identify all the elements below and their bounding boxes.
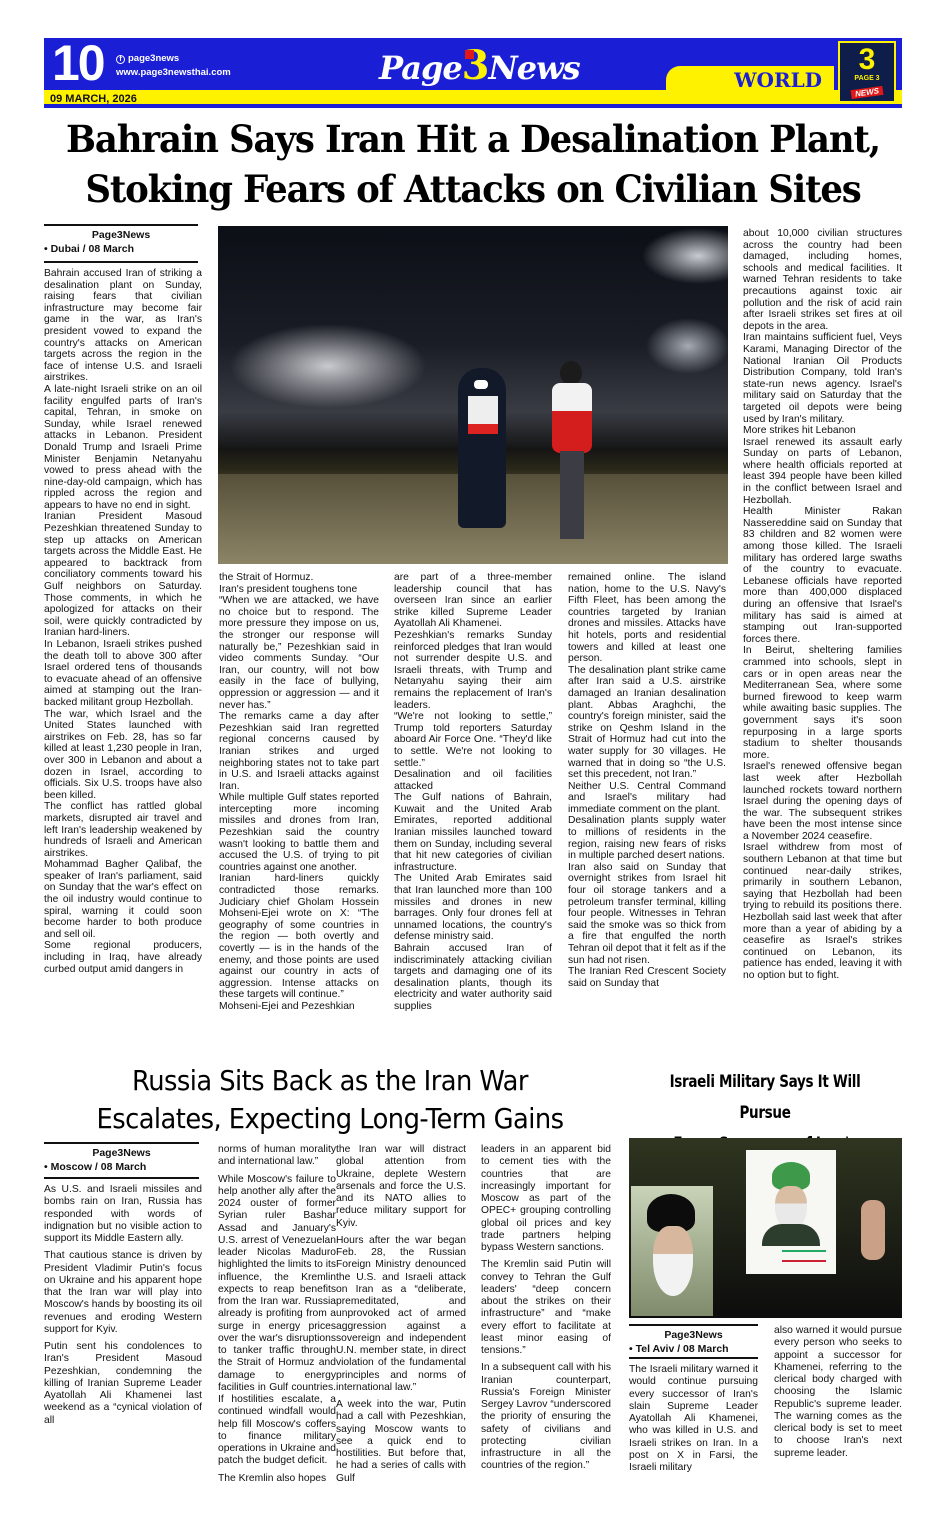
paragraph: The Israeli military warned it would con… (629, 1364, 758, 1474)
khamenei-portraits-photo (629, 1138, 902, 1318)
badge-number: 3 (840, 45, 894, 75)
main-story-column-3: are part of a three-member leadership co… (394, 572, 552, 1013)
facebook-icon: f (116, 55, 125, 64)
paragraph: Putin sent his condolences to Iran's Pre… (44, 1341, 202, 1427)
masthead: 10 fpage3news www.page3newsthai.com 09 M… (44, 38, 902, 108)
paragraph: A late-night Israeli strike on an oil fa… (44, 384, 202, 512)
main-story-column-5: about 10,000 civilian structures across … (743, 228, 902, 982)
byline-place: • Tel Aviv / 08 March (629, 1342, 758, 1356)
masthead-divider (44, 104, 902, 108)
paragraph: leaders in an apparent bid to cement tie… (481, 1144, 611, 1254)
paragraph: The war, which Israel and the United Sta… (44, 709, 202, 802)
paragraph: The United Arab Emirates said that Iran … (394, 873, 552, 943)
russia-headline-line2: Escalates, Expecting Long-Term Gains (67, 1100, 593, 1138)
paragraph: As U.S. and Israeli missiles and bombs r… (44, 1184, 202, 1245)
photo-person-1 (458, 368, 506, 528)
smoke-photo (218, 226, 728, 564)
paragraph: The Gulf nations of Bahrain, Kuwait and … (394, 792, 552, 873)
paragraph: remained online. The island nation, home… (568, 572, 726, 665)
subheading: More strikes hit Lebanon (743, 425, 902, 437)
israel-byline-rule-bottom (629, 1357, 758, 1359)
page-number: 10 (52, 38, 104, 92)
byline-place: • Dubai / 08 March (44, 242, 198, 256)
website-link[interactable]: www.page3newsthai.com (116, 66, 231, 80)
paragraph: Iran also said on Sunday that overnight … (568, 862, 726, 966)
photo-person-2 (548, 361, 594, 541)
paragraph: Neither U.S. Central Command and Israel'… (568, 781, 726, 816)
main-headline-line2: Stoking Fears of Attacks on Civilian Sit… (61, 164, 885, 214)
byline-source: Page3News (44, 1146, 199, 1160)
russia-headline-line1: Russia Sits Back as the Iran War (67, 1062, 593, 1100)
paragraph: Some regional producers, including in Ir… (44, 940, 202, 975)
paragraph: Bahrain accused Iran of striking a desal… (44, 268, 202, 384)
page3-badge-icon: 3 PAGE 3 NEWS (838, 41, 896, 103)
paragraph: In a subsequent call with his Iranian co… (481, 1362, 611, 1472)
paragraph: The conflict has rattled global markets,… (44, 801, 202, 859)
issue-date: 09 MARCH, 2026 (50, 93, 137, 105)
logo-left: Page (379, 49, 462, 87)
masthead-date-band (44, 90, 902, 104)
badge-news: NEWS (851, 86, 884, 99)
main-story-column-2: the Strait of Hormuz. Iran's president t… (219, 572, 379, 1013)
paragraph: In Lebanon, Israeli strikes pushed the d… (44, 639, 202, 709)
paragraph: Health Minister Rakan Nassereddine said … (743, 506, 902, 645)
page3news-logo[interactable]: Page3News (379, 42, 580, 89)
photo-victory-hand (861, 1200, 885, 1260)
byline-source: Page3News (44, 228, 198, 242)
paragraph: That cautious stance is driven by Presid… (44, 1250, 202, 1336)
paragraph: are part of a three-member leadership co… (394, 572, 552, 630)
israel-byline: Page3News • Tel Aviv / 08 March (629, 1328, 758, 1356)
paragraph: While Moscow's failure to help another a… (218, 1174, 336, 1468)
paragraph: In Beirut, sheltering families crammed i… (743, 645, 902, 761)
paragraph: “We're not looking to settle,” Trump tol… (394, 711, 552, 769)
israel-headline-line1: Israeli Military Says It Will Pursue (646, 1066, 884, 1128)
paragraph: Iranian President Masoud Pezeshkian thre… (44, 511, 202, 639)
paragraph: also warned it would pursue every person… (774, 1325, 902, 1460)
paragraph: Israel renewed its assault early Sunday … (743, 437, 902, 507)
paragraph: A week into the war, Putin had a call wi… (336, 1399, 466, 1485)
paragraph: Desalination plants supply water to mill… (568, 815, 726, 861)
paragraph: about 10,000 civilian structures across … (743, 228, 902, 332)
paragraph: norms of human morality and internationa… (218, 1144, 336, 1169)
main-byline: Page3News • Dubai / 08 March (44, 228, 198, 256)
paragraph: The desalination plant strike came after… (568, 665, 726, 781)
paragraph: Iran maintains sufficient fuel, Veys Kar… (743, 332, 902, 425)
russia-byline: Page3News • Moscow / 08 March (44, 1146, 199, 1174)
social-info: fpage3news www.page3newsthai.com (116, 52, 231, 80)
byline-place: • Moscow / 08 March (44, 1160, 199, 1174)
paragraph: Pezeshkian's remarks Sunday reinforced p… (394, 630, 552, 711)
paragraph: The remarks came a day after Pezeshkian … (219, 711, 379, 792)
paragraph: Israel withdrew from most of southern Le… (743, 842, 902, 981)
russia-column-3: the Iran war will distract global attent… (336, 1144, 466, 1490)
russia-byline-rule-top (44, 1142, 199, 1144)
paragraph: The Iranian Red Crescent Society said on… (568, 966, 726, 989)
paragraph: The Kremlin also hopes (218, 1473, 336, 1485)
paragraph: While multiple Gulf states reported inte… (219, 792, 379, 873)
paragraph: Mohseni-Ejei and Pezeshkian (219, 1001, 379, 1013)
russia-column-1: As U.S. and Israeli missiles and bombs r… (44, 1184, 202, 1432)
paragraph: the Iran war will distract global attent… (336, 1144, 466, 1230)
russia-column-2: norms of human morality and internationa… (218, 1144, 336, 1490)
photo-poster-2 (746, 1150, 836, 1274)
paragraph: Hours after the war began Feb. 28, the R… (336, 1235, 466, 1394)
paragraph: “When we are attacked, we have no choice… (219, 595, 379, 711)
russia-column-4: leaders in an apparent bid to cement tie… (481, 1144, 611, 1478)
main-story-column-1: Bahrain accused Iran of striking a desal… (44, 268, 202, 975)
paragraph: The Kremlin said Putin will convey to Te… (481, 1259, 611, 1357)
byline-rule-top (44, 224, 198, 226)
section-label: WORLD (734, 68, 822, 92)
israel-column-2: also warned it would pursue every person… (774, 1325, 902, 1465)
paragraph: Iranian hard-liners quickly contradicted… (219, 873, 379, 1001)
subheading: Iran's president toughens tone (219, 584, 379, 596)
byline-source: Page3News (629, 1328, 758, 1342)
paragraph: Mohammad Bagher Qalibaf, the speaker of … (44, 859, 202, 940)
paragraph: Bahrain accused Iran of indiscriminately… (394, 943, 552, 1013)
israel-byline-rule-top (629, 1324, 758, 1326)
logo-right: News (489, 49, 580, 87)
israel-column-1: The Israeli military warned it would con… (629, 1364, 758, 1479)
main-headline: Bahrain Says Iran Hit a Desalination Pla… (61, 114, 885, 214)
byline-rule-bottom (44, 261, 198, 263)
logo-three: 3 (462, 42, 489, 89)
badge-label: PAGE 3 (840, 75, 894, 82)
social-handle[interactable]: page3news (128, 53, 179, 64)
paragraph: Israel's renewed offensive began last we… (743, 761, 902, 842)
main-headline-line1: Bahrain Says Iran Hit a Desalination Pla… (61, 114, 885, 164)
russia-byline-rule-bottom (44, 1177, 199, 1179)
subheading: Desalination and oil facilities attacked (394, 769, 552, 792)
main-story-column-4: remained online. The island nation, home… (568, 572, 726, 989)
photo-poster-1 (631, 1186, 713, 1316)
russia-headline: Russia Sits Back as the Iran War Escalat… (67, 1062, 593, 1138)
paragraph: the Strait of Hormuz. (219, 572, 379, 584)
